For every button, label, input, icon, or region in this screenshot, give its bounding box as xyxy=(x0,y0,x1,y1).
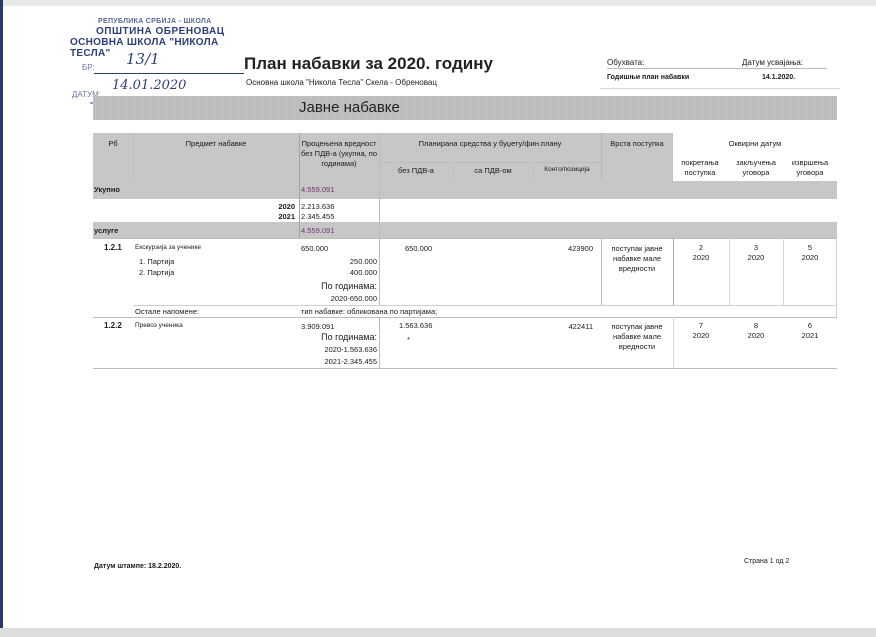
stamp-number-value: 13/1 xyxy=(126,50,160,68)
school-subtitle: Основна школа "Никола Тесла" Скела - Обр… xyxy=(246,78,437,87)
category-value: 4.559.091 xyxy=(301,226,334,235)
row1-procedure: поступак јавне набавке мале вредности xyxy=(601,244,673,274)
row2-by-years-label: По годинама: xyxy=(299,332,377,342)
row1-by-years-label: По годинама: xyxy=(299,281,377,291)
section-title: Јавне набавке xyxy=(299,99,400,116)
table-grid-line xyxy=(93,238,837,239)
stamp-line-3: ОСНОВНА ШКОЛА "НИКОЛА ТЕСЛА" xyxy=(70,37,260,59)
row1-year-2020: 2020-650.000 xyxy=(299,294,377,303)
total-row xyxy=(93,181,837,199)
approval-label: Датум усвајања: xyxy=(742,58,803,67)
header-execution: извршења уговора xyxy=(783,158,837,178)
row1-notes-label: Остале напомене: xyxy=(135,307,199,316)
row2-subject: Превоз ученика xyxy=(135,322,183,329)
meta-divider xyxy=(607,68,827,69)
total-value: 4.559.091 xyxy=(301,185,334,194)
meta-underline xyxy=(600,88,840,89)
year-2020-label: 2020 xyxy=(243,202,295,211)
header-estimate: Процењена вредност без ПДВ-а (укупна, по… xyxy=(299,139,379,169)
table-grid-line xyxy=(673,238,674,305)
table-grid-line xyxy=(836,238,837,318)
table-grid-line xyxy=(299,133,300,238)
table-grid-line xyxy=(133,133,134,181)
table-grid-line xyxy=(783,238,784,305)
category-row xyxy=(93,222,837,238)
table-grid-line xyxy=(601,133,602,181)
header-rb: Рб xyxy=(93,139,133,148)
row1-part1-label: 1. Партија xyxy=(139,257,174,266)
table-grid-line xyxy=(601,238,602,305)
stamp-number-label: БР: xyxy=(82,63,95,72)
row1-part2-value: 400.000 xyxy=(299,268,377,277)
page-title: План набавки за 2020. годину xyxy=(244,54,493,74)
table-grid-line xyxy=(453,162,454,181)
row1-start-month: 2 xyxy=(673,243,729,252)
year-2020-value: 2.213.636 xyxy=(301,202,334,211)
category-label: услуге xyxy=(94,226,118,235)
row2-no-vat: 1.563.636 xyxy=(399,321,432,330)
row2-rb: 1.2.2 xyxy=(104,321,122,330)
row1-contract-month: 3 xyxy=(729,243,783,252)
stamp-number-line xyxy=(94,73,244,74)
row1-rb: 1.2.1 xyxy=(104,243,122,252)
print-date: Датум штампе: 18.2.2020. xyxy=(94,563,181,570)
scope-value: Годишњи план набавки xyxy=(607,74,689,81)
row2-procedure: поступак јавне набавке мале вредности xyxy=(601,322,673,352)
row1-estimate: 650.000 xyxy=(301,244,328,253)
row1-execution-year: 2020 xyxy=(783,253,837,262)
scan-left-edge xyxy=(0,0,3,637)
header-start: покретања поступка xyxy=(671,158,729,178)
table-grid-line xyxy=(133,305,837,306)
row2-execution-year: 2021 xyxy=(783,331,837,340)
header-frame-date: Оквирни датум xyxy=(673,139,837,148)
row2-start-month: 7 xyxy=(673,321,729,330)
row2-execution-month: 6 xyxy=(783,321,837,330)
section-header: Јавне набавке xyxy=(93,96,837,120)
year-2021-label: 2021 xyxy=(243,212,295,221)
row2-konto: 422411 xyxy=(523,322,593,331)
row2-contract-month: 8 xyxy=(729,321,783,330)
row2-start-year: 2020 xyxy=(673,331,729,340)
stamp-line-1: РЕПУБЛИКА СРБИЈА - ШКОЛА xyxy=(98,18,212,25)
table-grid-line xyxy=(93,317,837,318)
row1-notes: тип набавке: обликована по партијама; xyxy=(301,307,437,316)
row2-contract-year: 2020 xyxy=(729,331,783,340)
row2-year-2020: 2020-1.563.636 xyxy=(299,345,377,354)
stamp-date-value: 14.01.2020 xyxy=(112,78,186,93)
row1-part2-label: 2. Партија xyxy=(139,268,174,277)
scan-top-edge xyxy=(0,0,876,6)
page-number: Страна 1 од 2 xyxy=(744,558,789,565)
row2-estimate: 3.909.091 xyxy=(301,322,334,331)
table-grid-line xyxy=(533,162,534,181)
header-subject: Предмет набавке xyxy=(133,139,299,148)
row1-contract-year: 2020 xyxy=(729,253,783,262)
header-with-vat: са ПДВ-ом xyxy=(453,166,533,175)
row1-no-vat: 650.000 xyxy=(405,244,432,253)
header-no-vat: без ПДВ-а xyxy=(379,166,453,175)
table-grid-line xyxy=(729,238,730,305)
table-grid-line xyxy=(379,133,380,305)
row1-start-year: 2020 xyxy=(673,253,729,262)
table-grid-line xyxy=(379,317,380,368)
row1-subject: Екскурзија за ученике xyxy=(135,244,201,251)
row1-part1-value: 250.000 xyxy=(299,257,377,266)
header-konto: Конто/позиција xyxy=(533,166,601,173)
header-procedure: Врста поступка xyxy=(601,139,673,148)
table-grid-line xyxy=(673,317,674,368)
stamp-line-2: ОПШТИНА ОБРЕНОВАЦ xyxy=(96,26,225,37)
row1-konto: 423900 xyxy=(523,244,593,253)
total-label: Укупно xyxy=(94,185,120,194)
scan-bottom-edge xyxy=(0,628,876,637)
row2-year-2021: 2021-2.345.455 xyxy=(299,357,377,366)
header-planned: Планирана средства у буџету/фин.плану xyxy=(379,139,601,148)
table-grid-line xyxy=(379,162,601,163)
row1-execution-month: 5 xyxy=(783,243,837,252)
header-contract: закључења уговора xyxy=(729,158,783,178)
table-grid-line xyxy=(93,368,837,369)
approval-value: 14.1.2020. xyxy=(762,74,795,81)
scope-label: Обухвата: xyxy=(607,58,644,67)
year-2021-value: 2.345.455 xyxy=(301,212,334,221)
row2-with-vat: * xyxy=(407,335,410,344)
